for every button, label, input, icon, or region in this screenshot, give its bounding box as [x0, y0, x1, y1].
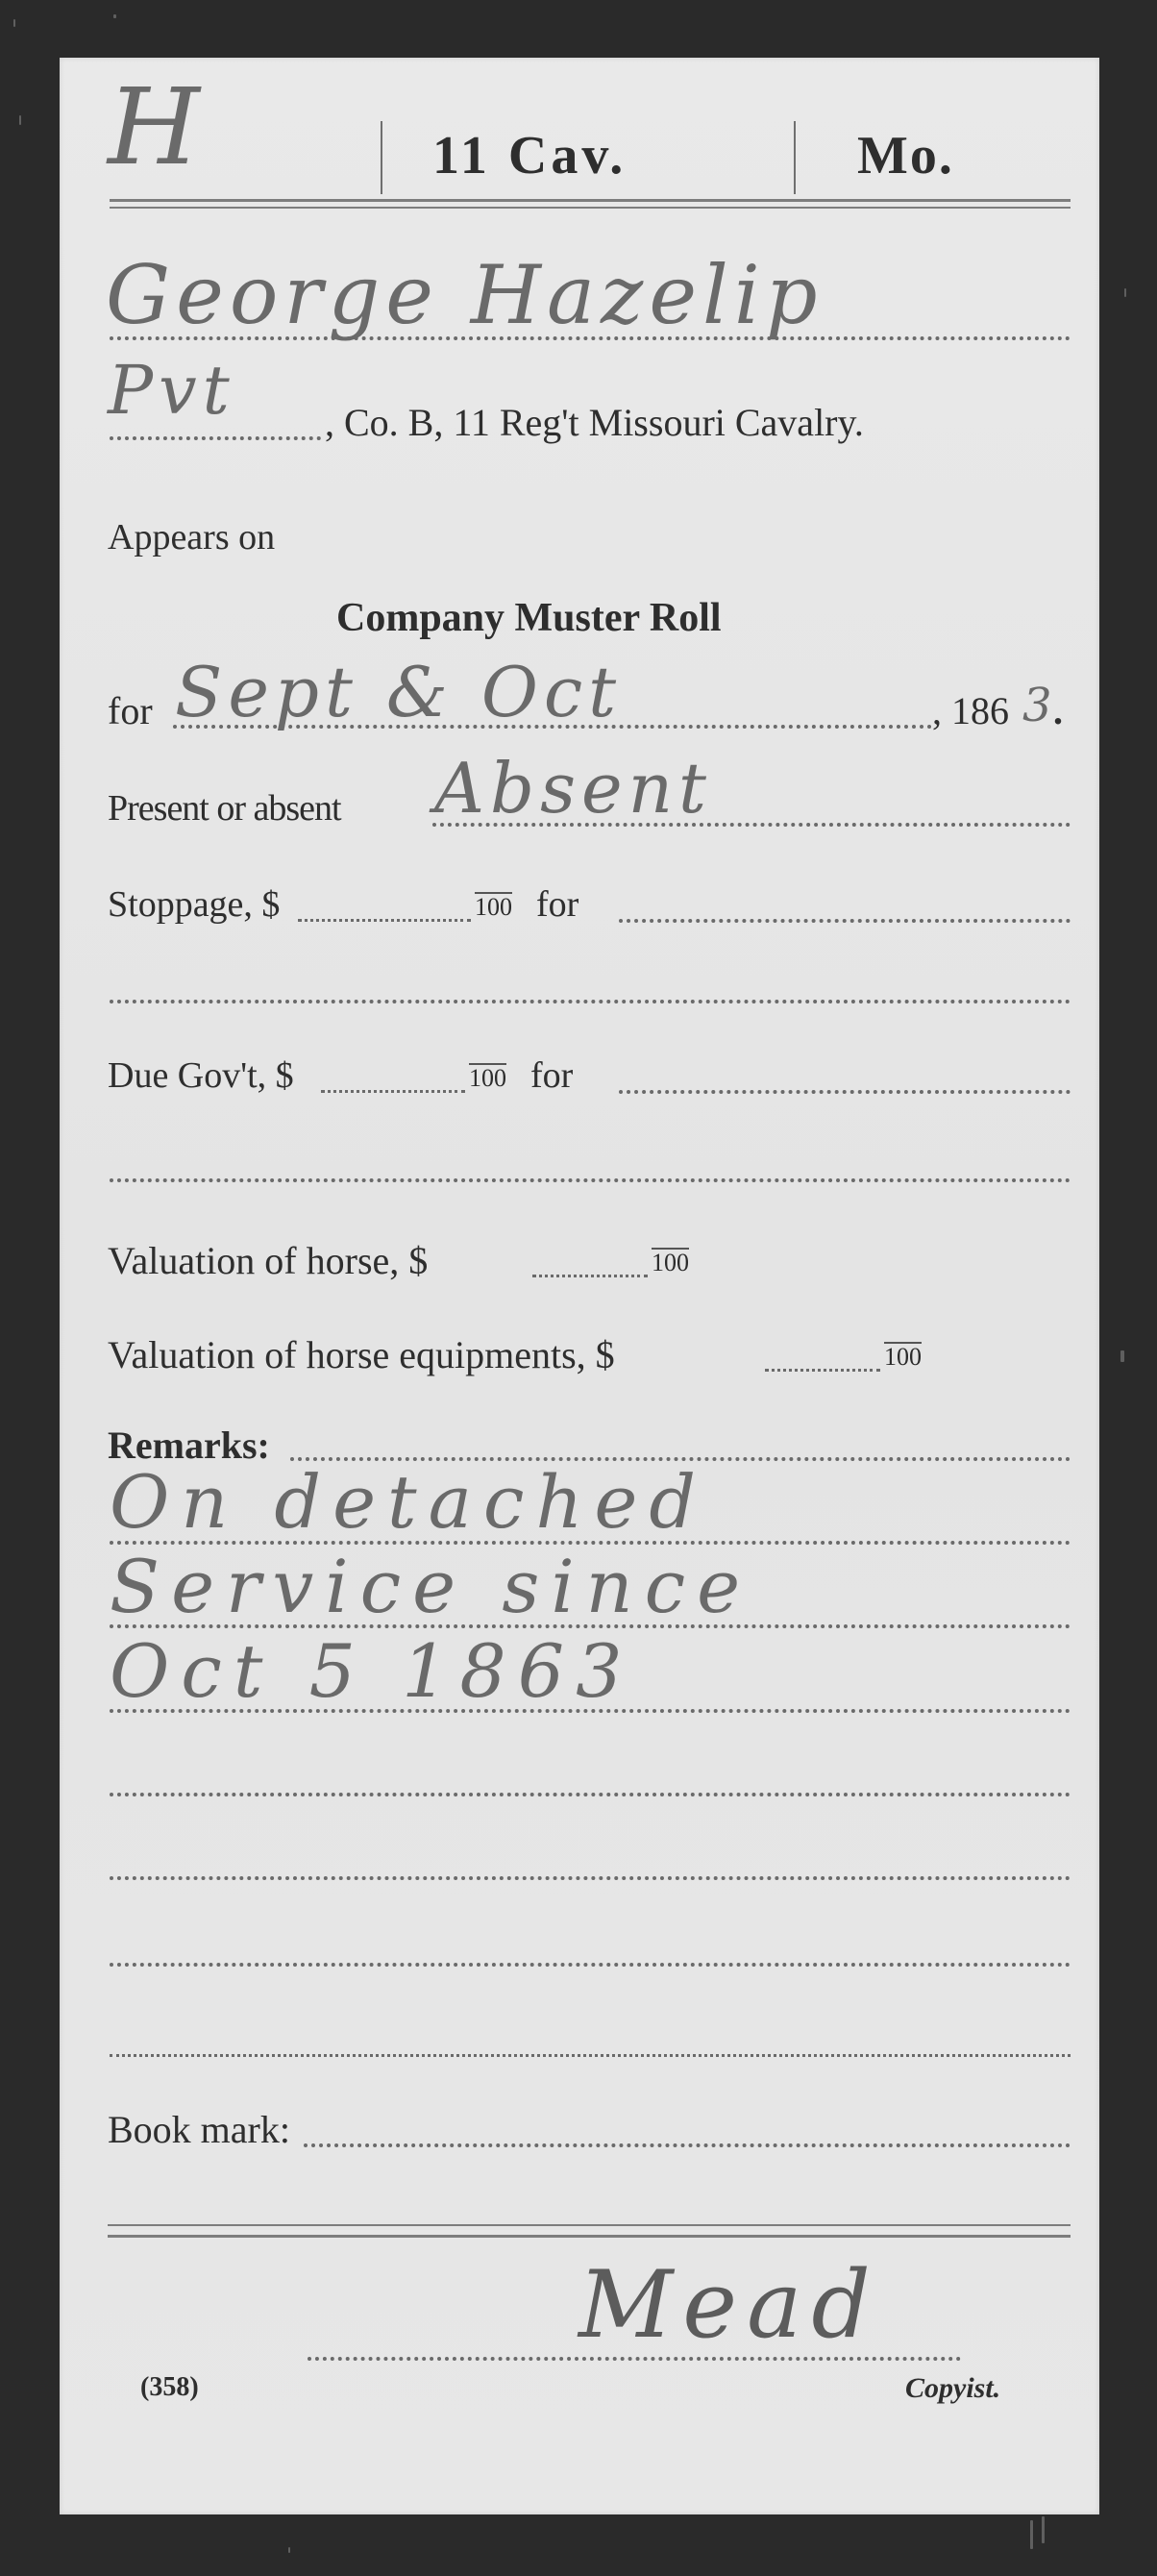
film-speck	[19, 115, 21, 125]
book-mark-line	[304, 2143, 1071, 2147]
present-absent-handwritten: Absent	[434, 748, 712, 829]
valuation-horse-label: Valuation of horse, $	[108, 1242, 428, 1280]
due-govt-label: Due Gov't, $	[108, 1057, 294, 1094]
stoppage-for-line	[619, 919, 1071, 923]
remarks-line	[110, 2054, 1071, 2057]
header-double-rule-bottom	[110, 207, 1071, 209]
stoppage-label: Stoppage, $	[108, 886, 280, 923]
unit-label: 11 Cav.	[432, 129, 627, 183]
film-speck	[113, 14, 116, 18]
year-period: .	[1053, 692, 1063, 731]
film-speck	[13, 19, 15, 27]
due-govt-amount-line	[321, 1090, 465, 1093]
form-number: (358)	[140, 2374, 199, 2401]
copyist-label: Copyist.	[905, 2374, 1000, 2403]
due-govt-for-label: for	[530, 1057, 573, 1094]
copyist-signature-line	[308, 2357, 961, 2361]
remarks-line	[110, 1876, 1071, 1880]
name-dotted-line	[110, 336, 1071, 340]
header-separator	[381, 121, 382, 194]
due-govt-cents: 100	[469, 1063, 506, 1091]
film-speck	[1042, 2516, 1045, 2543]
remarks-line	[110, 1963, 1071, 1967]
valuation-equipments-label: Valuation of horse equipments, $	[108, 1336, 615, 1375]
film-speck	[1124, 288, 1126, 297]
header-separator	[794, 121, 796, 194]
for-dotted-line	[173, 725, 932, 729]
appears-on-label: Appears on	[108, 519, 275, 556]
remarks-line-3-handwritten: Oct 5 1863	[110, 1628, 634, 1714]
film-speck	[1120, 1350, 1124, 1362]
footer-double-rule-bottom	[108, 2235, 1071, 2238]
rank-handwritten: Pvt	[108, 351, 235, 430]
soldier-name-handwritten: George Hazelip	[106, 248, 824, 342]
remarks-line	[110, 1709, 1071, 1713]
muster-roll-card: H 11 Cav. Mo. George Hazelip Pvt , Co. B…	[60, 58, 1099, 2514]
year-prefix: , 186	[932, 692, 1009, 731]
rank-dotted-line	[110, 436, 321, 440]
due-govt-continuation-line	[110, 1178, 1071, 1182]
remarks-line-2-handwritten: Service since	[110, 1544, 751, 1629]
valuation-equipments-amount-line	[765, 1369, 880, 1372]
copyist-signature-handwritten: Mead	[578, 2251, 880, 2359]
for-label: for	[108, 692, 153, 731]
year-suffix-handwritten: 3	[1022, 679, 1052, 732]
remarks-line	[110, 1793, 1071, 1796]
company-regiment-text: , Co. B, 11 Reg't Missouri Cavalry.	[325, 404, 864, 442]
state-label: Mo.	[857, 129, 954, 183]
stoppage-continuation-line	[110, 1000, 1071, 1003]
valuation-equipments-cents: 100	[884, 1342, 922, 1370]
present-absent-label: Present or absent	[108, 790, 341, 827]
present-absent-dotted-line	[432, 823, 1071, 827]
valuation-horse-amount-line	[532, 1275, 648, 1277]
footer-double-rule-top	[108, 2224, 1071, 2226]
roll-period-handwritten: Sept & Oct	[175, 652, 622, 732]
valuation-horse-cents: 100	[652, 1248, 689, 1276]
roll-title: Company Muster Roll	[336, 598, 722, 638]
film-speck	[1030, 2520, 1033, 2549]
file-initial-handwritten: H	[108, 65, 200, 188]
stoppage-amount-line	[298, 919, 471, 922]
header-double-rule-top	[110, 199, 1071, 202]
stoppage-cents: 100	[475, 892, 512, 920]
due-govt-for-line	[619, 1090, 1071, 1094]
stoppage-for-label: for	[536, 886, 578, 923]
film-speck	[288, 2547, 290, 2553]
remarks-line-1-handwritten: On detached	[110, 1459, 707, 1545]
book-mark-label: Book mark:	[108, 2111, 290, 2149]
